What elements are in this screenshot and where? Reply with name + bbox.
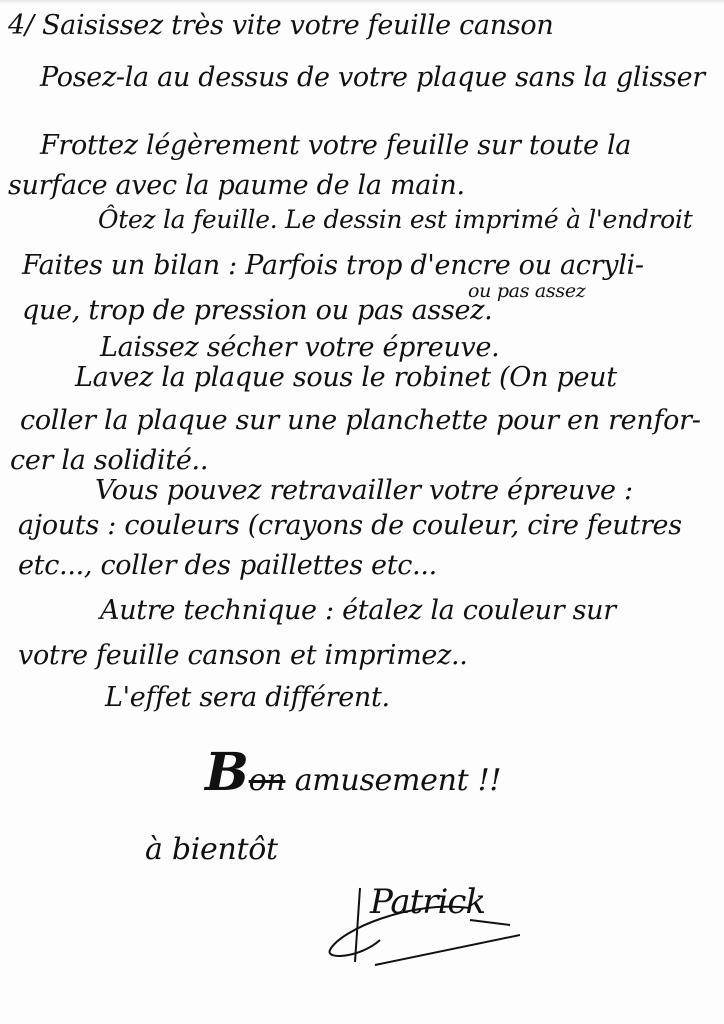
line-3-rub-sheet: Frottez légèrement votre feuille sur tou… [40,130,631,161]
line-16-other-technique: Autre technique : étalez la couleur sur [100,595,616,626]
line-9-let-dry: Laissez sécher votre épreuve. [100,332,499,363]
line-14-additions: ajouts : couleurs (crayons de couleur, c… [18,510,682,541]
closing-greeting: Bon amusement !! [205,742,501,803]
line-12-solidity: cer la solidité.. [10,445,208,476]
line-15-glitter: etc..., coller des paillettes etc... [18,550,437,581]
signature-name: Patrick [370,882,485,922]
greeting-rest: amusement !! [295,763,501,798]
scan-edge-shadow [0,0,724,4]
greeting-initial: B [205,742,249,803]
scanned-letter-page: 4/ Saisissez très vite votre feuille can… [0,0,724,1024]
line-1-instruction-seize-sheet: 4/ Saisissez très vite votre feuille can… [8,10,553,41]
line-13-rework-print: Vous pouvez retravailler votre épreuve : [95,475,633,506]
line-5-remove-sheet: Ôtez la feuille. Le dessin est imprimé à… [98,205,692,234]
line-17-print-canson: votre feuille canson et imprimez.. [18,640,468,671]
line-18-different-effect: L'effet sera différent. [105,682,390,713]
farewell-text: à bientôt [145,832,278,867]
line-2-place-sheet: Posez-la au dessus de votre plaque sans … [40,62,705,93]
greeting-struck-letters: on [249,763,286,798]
line-6-make-assessment: Faites un bilan : Parfois trop d'encre o… [22,250,644,281]
line-11-glue-plate: coller la plaque sur une planchette pour… [20,405,701,436]
line-4-surface-palm: surface avec la paume de la main. [8,170,465,201]
line-10-wash-plate: Lavez la plaque sous le robinet (On peut [75,362,617,393]
line-8-pressure: que, trop de pression ou pas assez. [22,295,492,326]
